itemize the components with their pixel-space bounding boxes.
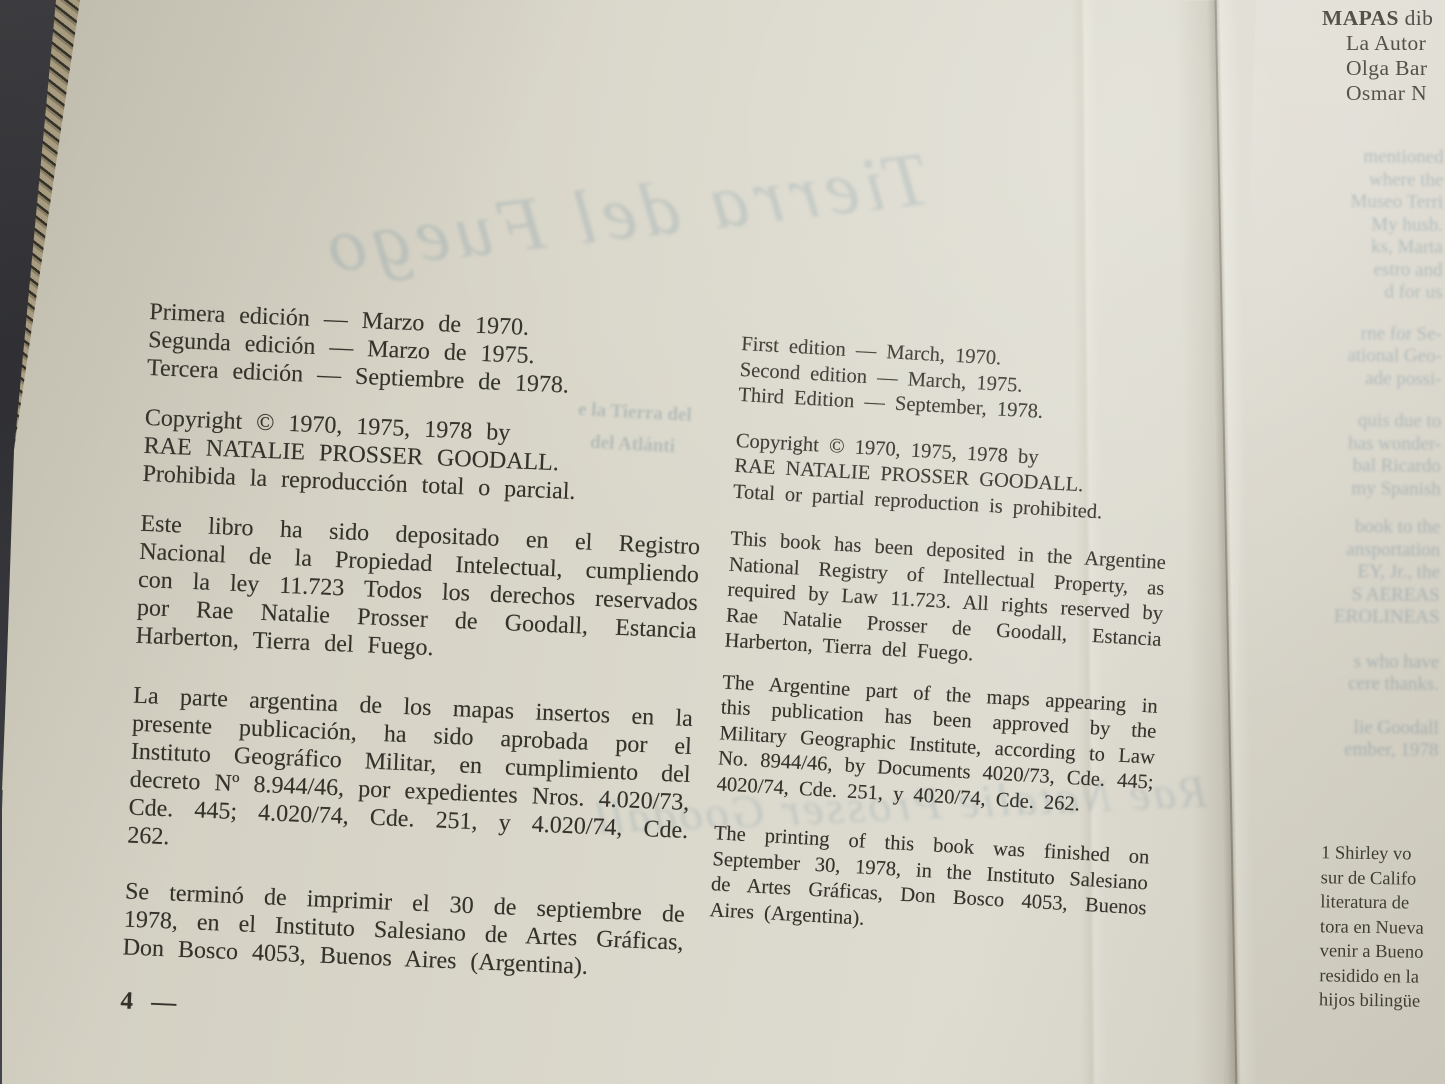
spanish-copyright: Copyright © 1970, 1975, 1978 byRAE NATAL… [142, 404, 705, 511]
text-line: La Autor [1346, 31, 1433, 56]
text-line: lie Goodall [1243, 716, 1439, 740]
faint-text-group: s who havecere thanks. [1243, 650, 1439, 697]
text-line: estro and [1247, 258, 1443, 282]
text-line: EROLINEAS [1243, 605, 1439, 629]
text-line: has wonder- [1245, 432, 1441, 456]
page-number: 4 — [120, 987, 681, 1038]
english-maps-paragraph: The Argentine part of the maps appearing… [716, 670, 1158, 822]
text-line: ade possi- [1246, 367, 1442, 391]
facing-heading-lines: La AutorOlga BarOsmar N [1322, 31, 1433, 106]
text-line: bal Ricardo [1245, 454, 1441, 478]
text-line: venir a Bueno [1319, 939, 1423, 965]
text-line: s who have [1243, 650, 1439, 674]
text-line: My husb. [1247, 213, 1443, 237]
text-line: ansportation [1244, 538, 1440, 562]
text-line: ember, 1978 [1242, 738, 1438, 762]
facing-page-faint-text: mentionedwhere theMuseo TerriMy husb.ks,… [1242, 145, 1443, 762]
text-line: sur de Califo [1321, 866, 1425, 892]
text-line: rne for Se- [1246, 322, 1442, 346]
english-printing-paragraph: The printing of this book was finished o… [709, 821, 1150, 947]
faint-text-group: rne for Se-ational Geo-ade possi- [1246, 322, 1443, 391]
english-editions: First edition — March, 1970.Second editi… [738, 332, 1178, 433]
text-line: Osmar N [1346, 81, 1433, 106]
text-line: Olga Bar [1346, 56, 1433, 81]
spanish-deposit-paragraph: Este libro ha sido depositado en el Regi… [135, 510, 700, 673]
spanish-printing-paragraph: Se terminó de imprimir el 30 de septiemb… [122, 877, 685, 984]
text-line: mentioned [1247, 145, 1443, 169]
english-column: First edition — March, 1970.Second editi… [709, 332, 1177, 947]
facing-heading-bold: MAPAS [1322, 6, 1399, 30]
spanish-column: Primera edición — Marzo de 1970.Segunda … [120, 298, 710, 1039]
text-line: ational Geo- [1246, 344, 1442, 368]
text-line: book to the [1244, 515, 1440, 539]
facing-page-heading: MAPAS dib La AutorOlga BarOsmar N [1322, 6, 1433, 106]
faint-text-group: mentionedwhere theMuseo TerriMy husb.ks,… [1246, 145, 1443, 304]
facing-heading-rest: dib [1399, 6, 1433, 30]
text-line: tora en Nueva [1320, 915, 1424, 941]
text-line: Museo Terri [1247, 190, 1443, 214]
english-copyright: Copyright © 1970, 1975, 1978 byRAE NATAL… [732, 428, 1172, 529]
text-line: 1 Shirley vo [1321, 841, 1425, 867]
text-line: literatura de [1320, 890, 1424, 916]
text-line: residido en la [1319, 964, 1423, 990]
english-deposit-paragraph: This book has been deposited in the Arge… [724, 527, 1166, 679]
facing-heading-line: MAPAS dib [1322, 6, 1433, 31]
text-line: S AEREAS [1244, 583, 1440, 607]
text-line: EY, Jr., the [1244, 560, 1440, 584]
text-line: hijos bilingüe [1319, 988, 1423, 1014]
text-line: where the [1247, 168, 1443, 192]
text-line: d for us [1246, 280, 1442, 304]
text-line: quis due to [1245, 409, 1441, 433]
facing-page-footnote: 1 Shirley vosur de Califoliteratura deto… [1319, 841, 1425, 1014]
text-line: my Spanish [1245, 477, 1441, 501]
spanish-maps-paragraph: La parte argentina de los mapas insertos… [127, 682, 694, 873]
faint-text-group: quis due tohas wonder-bal Ricardomy Span… [1245, 409, 1442, 501]
faint-text-group: book to theansportationEY, Jr., theS AER… [1243, 515, 1440, 629]
text-line: ks, Marta [1247, 235, 1443, 259]
book-photo-scene: MAPAS dib La AutorOlga BarOsmar N mentio… [0, 0, 1445, 1084]
faint-text-group: lie Goodallember, 1978 [1242, 716, 1438, 763]
text-line: cere thanks. [1243, 672, 1439, 696]
